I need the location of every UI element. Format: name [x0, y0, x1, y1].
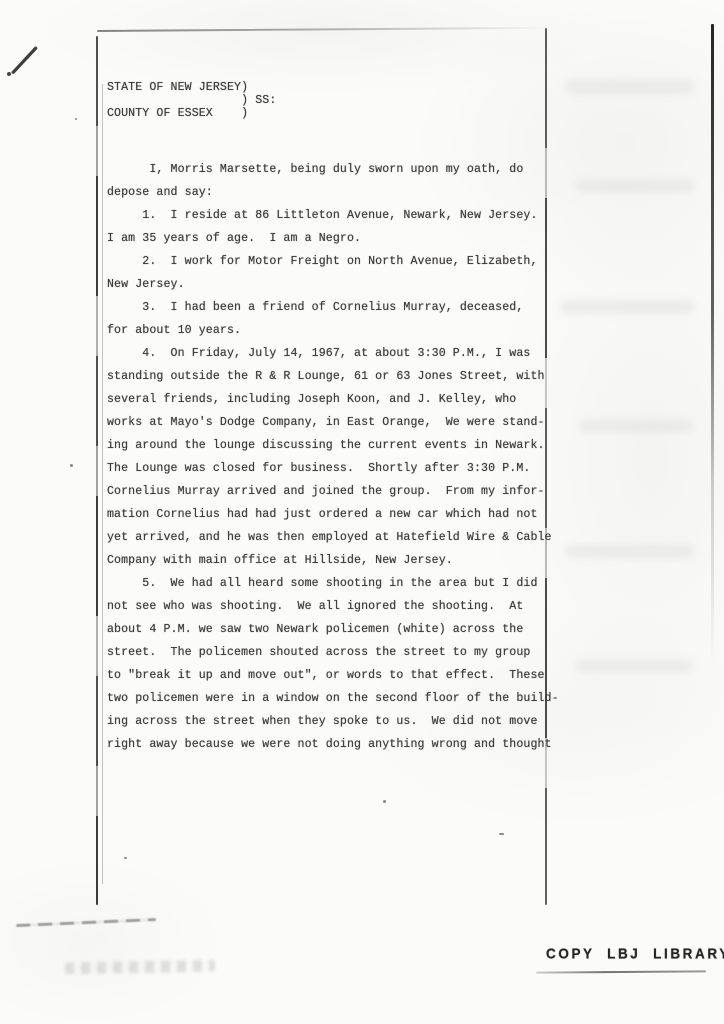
- stamp-underline: [536, 970, 706, 973]
- page-top-edge-line: [97, 27, 559, 32]
- left-margin-rule: [96, 36, 98, 905]
- ink-bleedthrough: [565, 545, 695, 558]
- faint-ghost-text: [65, 960, 215, 975]
- affidavit-body-text: I, Morris Marsette, being duly sworn upo…: [107, 158, 559, 756]
- ink-bleedthrough: [565, 80, 695, 94]
- copy-lbj-library-stamp: COPY LBJ LIBRARY: [546, 946, 724, 962]
- scan-speck: [383, 800, 386, 803]
- scanned-affidavit-page: STATE OF NEW JERSEY) ) SS: COUNTY OF ESS…: [0, 0, 724, 1024]
- pencil-smudge: [16, 918, 156, 927]
- scan-speck: [499, 833, 504, 835]
- pen-check-mark: [11, 46, 37, 74]
- scan-speck: [75, 118, 77, 120]
- scan-speck: [70, 464, 73, 467]
- page-right-edge-line: [711, 24, 714, 664]
- pen-dot-mark: [7, 72, 11, 76]
- ink-bleedthrough: [560, 300, 695, 314]
- scan-speck: [124, 857, 127, 859]
- left-margin-rule-inner: [102, 84, 103, 884]
- ink-bleedthrough: [575, 180, 695, 192]
- ink-bleedthrough: [578, 420, 693, 432]
- ink-bleedthrough: [575, 660, 693, 672]
- legal-caption: STATE OF NEW JERSEY) ) SS: COUNTY OF ESS…: [107, 81, 276, 120]
